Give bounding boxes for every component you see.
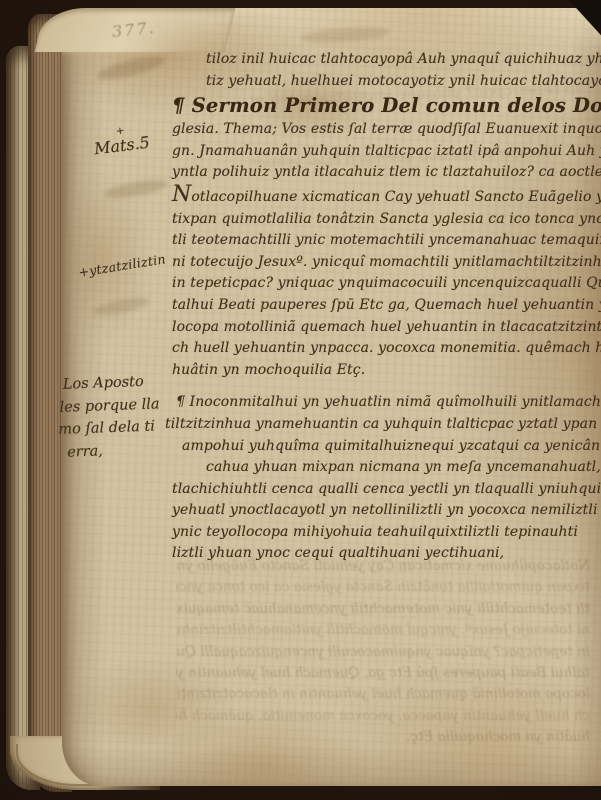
bleedthrough-line: locopa motolliniã quemach huel yehuantin…: [176, 684, 590, 705]
sermon-heading-line: ¶ Sermon Primero Del comun delos Doctore…: [172, 92, 598, 119]
manuscript-line: tli teotemachtilli ynic motemachtili ync…: [172, 230, 598, 252]
manuscript-line: tiz yehuatl, huelhuei motocayotiz ynil h…: [206, 71, 598, 93]
manuscript-line: huâtin yn mochoquilia Etç.: [172, 360, 598, 382]
bleedthrough-line: ni totecuijo Jesuxº. ynicquî momachtili …: [190, 620, 590, 641]
manuscript-line: yehuatl ynoctlacayotl yn netolliniliztli…: [172, 500, 598, 522]
bleedthrough-line: tli teotemachtilli ynic motemachtili ync…: [202, 599, 590, 620]
manuscript-line: in tepeticpac? yniquac ynquimacocuili yn…: [172, 273, 598, 295]
manuscript-line: talhui Beati pauperes ſpū Etc ga, Quemac…: [172, 295, 598, 317]
manuscript-line: tlachichiuhtli cenca qualli cenca yectli…: [172, 479, 598, 501]
margin-note-line: mo ſal dela ti: [58, 415, 161, 441]
manuscript-line: tiltzitzinhua ynamehuantin ca yuhquin tl…: [165, 414, 598, 436]
manuscript-line: yntla polihuiz yntla itlacahuiz tlem ic …: [172, 162, 598, 184]
manuscript-line: tixpan quimotlalilia tonâtzin Sancta ygl…: [172, 209, 598, 231]
manuscript-line: glesia. Thema; Vos estis ſal terræ quodſ…: [172, 119, 598, 141]
manuscript-photo: in tepeticpac? yniquac ynquimacocuili yn…: [0, 0, 601, 800]
margin-note-line: erra,: [67, 438, 162, 464]
bleedthrough-line: talhui Beati pauperes ſpū Etc ga, Quemac…: [202, 663, 590, 684]
bleedthrough-line: Notlacopilhuane xicmatican Cay yehuatl S…: [176, 556, 590, 577]
manuscript-line: ni totecuijo Jesuxº. ynicquî momachtili …: [172, 252, 598, 274]
manuscript-text-block: tiloz inil huicac tlahtocayopâ Auh ynaqu…: [172, 49, 598, 565]
bleedthrough-line: in tepeticpac? yniquac ynquimacocuili yn…: [176, 642, 590, 663]
manuscript-line: ynic teyollocopa mihiyohuia teahuilquixt…: [172, 522, 598, 544]
manuscript-line: locopa motolliniã quemach huel yehuantin…: [172, 317, 598, 339]
manuscript-line: cahua yhuan mixpan nicmana yn meſa yncem…: [206, 457, 598, 479]
manuscript-line: Notlacopilhuane xicmatican Cay yehuatl S…: [172, 184, 598, 209]
bleedthrough-line: huâtin yn mochoquilia Etç.: [202, 727, 590, 748]
manuscript-line: ampohui yuhquîma quimitalhuiznequi yzcat…: [182, 436, 598, 458]
verso-bleedthrough-block: Notlacopilhuane xicmatican Cay yehuatl S…: [176, 556, 590, 756]
bleedthrough-line: tixpan quimotlalilia tonâtzin Sancta ygl…: [190, 577, 590, 598]
bleedthrough-line: ch huell yehuantin ynpacca. yocoxca mone…: [190, 706, 590, 727]
manuscript-line: ¶ Inoconmitalhui yn yehuatlin nimã quîmo…: [176, 392, 598, 414]
manuscript-line: ch huell yehuantin ynpacca. yocoxca mone…: [172, 338, 598, 360]
manuscript-line: tiloz inil huicac tlahtocayopâ Auh ynaqu…: [206, 49, 598, 71]
margin-note-spanish-gloss: Los Aposto les porque lla mo ſal dela ti…: [62, 370, 161, 463]
manuscript-line: gn. Jnamahuanân yuhquin tlalticpac iztat…: [172, 141, 598, 163]
